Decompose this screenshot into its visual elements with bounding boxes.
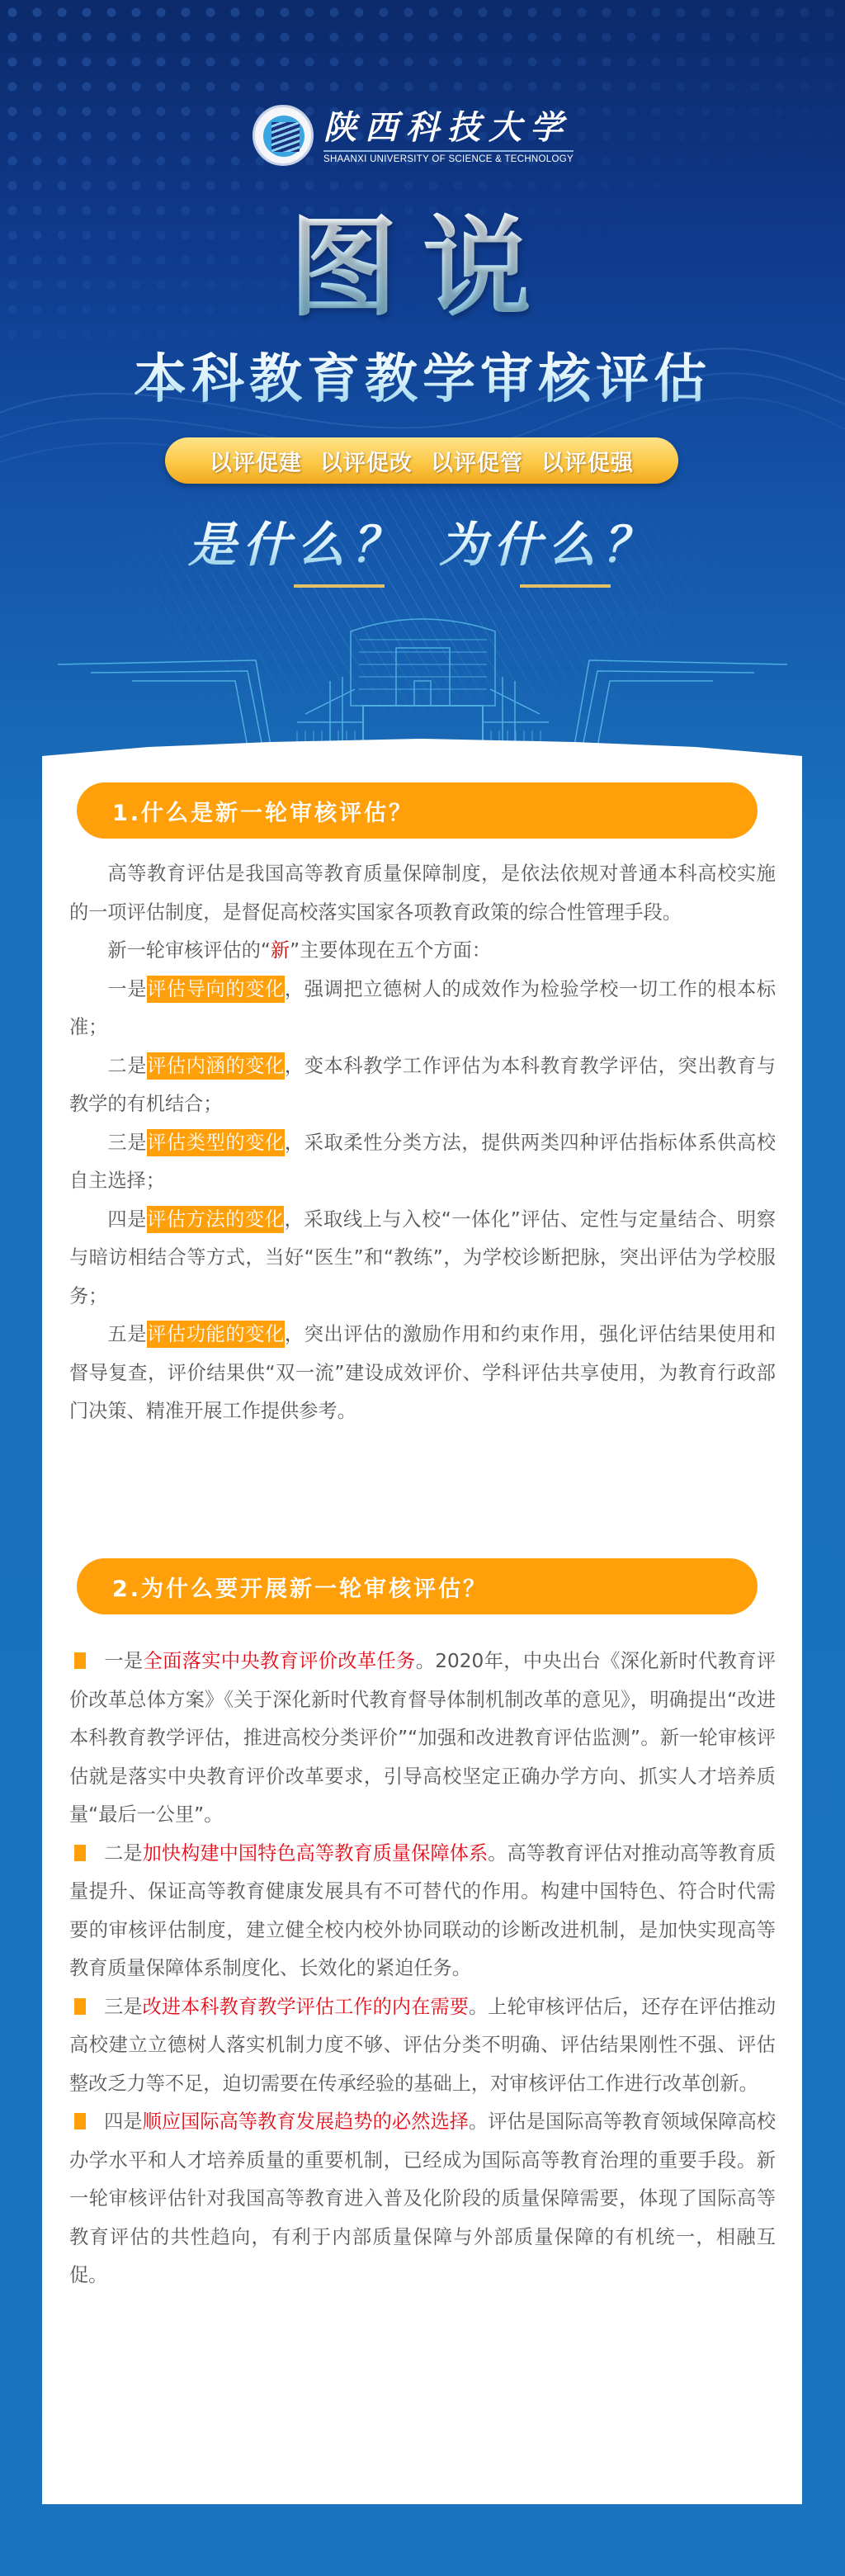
- new-keyword: 新: [271, 939, 290, 962]
- question-headline: 是什么？ 为什么？: [0, 516, 845, 574]
- reason-item: 二是加快构建中国特色高等教育质量保障体系。高等教育评估对推动高等教育质量提升、保…: [69, 1835, 776, 1988]
- slogan-banner: 以评促建 以评促改 以评促管 以评促强: [165, 437, 678, 484]
- highlight-badge: 评估导向的变化: [147, 976, 285, 1003]
- slogan-item: 以评促管: [431, 445, 523, 477]
- change-item: 二是评估内涵的变化，变本科教学工作评估为本科教育教学评估，突出教育与教学的有机结…: [69, 1047, 776, 1124]
- change-item: 五是评估功能的变化，突出评估的激励作用和约束作用，强化评估结果使用和督导复查，评…: [69, 1316, 776, 1431]
- section-title: 2.为什么要开展新一轮审核评估？: [112, 1571, 488, 1603]
- highlight-badge: 评估方法的变化: [147, 1206, 285, 1233]
- underline-decoration: [520, 584, 611, 588]
- red-keyphrase: 加快构建中国特色高等教育质量保障体系: [143, 1842, 489, 1865]
- change-item: 一是评估导向的变化，强调把立德树人的成效作为检验学校一切工作的根本标准；: [69, 971, 776, 1047]
- change-item: 三是评估类型的变化，采取柔性分类方法，提供两类四种评估指标体系供高校自主选择；: [69, 1124, 776, 1201]
- red-keyphrase: 顺应国际高等教育发展趋势的必然选择: [143, 2110, 469, 2133]
- item-prefix: 四是: [104, 2110, 143, 2133]
- question-what: 是什么？: [188, 516, 406, 574]
- slogan-item: 以评促强: [541, 445, 634, 477]
- red-keyphrase: 全面落实中央教育评价改革任务: [144, 1650, 416, 1672]
- highlight-badge: 评估类型的变化: [147, 1129, 285, 1156]
- university-emblem-icon: [253, 105, 314, 166]
- item-prefix: 一是: [107, 978, 147, 1000]
- item-text: 。评估是国际高等教育领域保障高校办学水平和人才培养质量的重要机制，已经成为国际高…: [69, 2110, 776, 2286]
- item-prefix: 二是: [107, 1055, 147, 1077]
- item-prefix: 三是: [107, 1132, 147, 1154]
- subtitle: 本科教育教学审核评估: [0, 347, 845, 413]
- university-logo: 陕西科技大学 SHAANXI UNIVERSITY OF SCIENCE & T…: [253, 105, 574, 166]
- underline-decoration: [294, 584, 385, 588]
- section-header-what: 1.什么是新一轮审核评估？: [77, 782, 758, 839]
- section-body-what: 高等教育评估是我国高等教育质量保障制度，是依法依规对普通本科高校实施的一项评估制…: [69, 855, 776, 1431]
- reason-item: 四是顺应国际高等教育发展趋势的必然选择。评估是国际高等教育领域保障高校办学水平和…: [69, 2103, 776, 2295]
- highlight-badge: 评估内涵的变化: [147, 1052, 285, 1080]
- item-text: 。2020年，中央出台《深化新时代教育评价改革总体方案》《关于深化新时代教育督导…: [69, 1650, 776, 1826]
- intro-paragraph: 高等教育评估是我国高等教育质量保障制度，是依法依规对普通本科高校实施的一项评估制…: [69, 855, 776, 932]
- orange-square-bullet-icon: [74, 1845, 86, 1861]
- section-title: 1.什么是新一轮审核评估？: [112, 795, 413, 827]
- question-why: 为什么？: [439, 516, 657, 574]
- slogan-item: 以评促改: [320, 445, 413, 477]
- highlight-badge: 评估功能的变化: [147, 1321, 285, 1348]
- change-item: 四是评估方法的变化，采取线上与入校“一体化”评估、定性与定量结合、明察与暗访相结…: [69, 1201, 776, 1316]
- item-prefix: 三是: [104, 1996, 143, 2018]
- item-prefix: 一是: [104, 1650, 144, 1672]
- section-body-why: 一是全面落实中央教育评价改革任务。2020年，中央出台《深化新时代教育评价改革总…: [69, 1642, 776, 2295]
- orange-square-bullet-icon: [74, 1652, 86, 1669]
- university-name-cn: 陕西科技大学: [323, 107, 574, 152]
- orange-square-bullet-icon: [74, 1998, 86, 2015]
- red-keyphrase: 改进本科教育教学评估工作的内在需要: [143, 1996, 469, 2018]
- reason-item: 三是改进本科教育教学评估工作的内在需要。上轮审核评估后，还存在评估推动高校建立立…: [69, 1988, 776, 2104]
- lead-text: 新一轮审核评估的“: [107, 939, 271, 962]
- campus-gate-illustration: [58, 615, 787, 755]
- item-prefix: 二是: [104, 1842, 143, 1865]
- lead-text: ”主要体现在五个方面：: [290, 939, 491, 962]
- orange-square-bullet-icon: [74, 2113, 86, 2129]
- item-prefix: 五是: [107, 1323, 147, 1345]
- section-header-why: 2.为什么要开展新一轮审核评估？: [77, 1558, 758, 1614]
- item-prefix: 四是: [107, 1208, 147, 1231]
- lead-paragraph: 新一轮审核评估的“新”主要体现在五个方面：: [69, 932, 776, 971]
- slogan-item: 以评促建: [210, 445, 302, 477]
- main-title: 图说: [0, 206, 845, 330]
- university-name-en: SHAANXI UNIVERSITY OF SCIENCE & TECHNOLO…: [323, 154, 574, 164]
- reason-item: 一是全面落实中央教育评价改革任务。2020年，中央出台《深化新时代教育评价改革总…: [69, 1642, 776, 1835]
- poster: 陕西科技大学 SHAANXI UNIVERSITY OF SCIENCE & T…: [0, 0, 845, 2576]
